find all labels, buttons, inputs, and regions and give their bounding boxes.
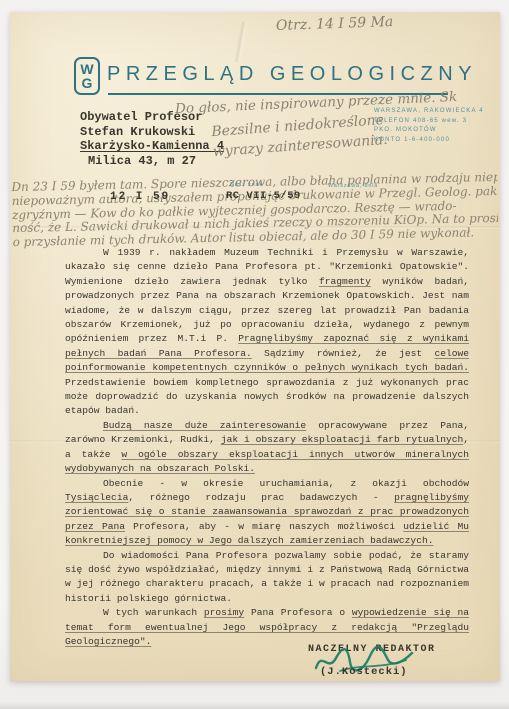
signatory-name: (J.Kostecki)	[320, 666, 408, 678]
letter-scan: Otrz. 14 I 59 Ma W G PRZEGLĄD GEOLOGICZN…	[10, 12, 500, 681]
body-paragraph: Budzą nasze duże zainteresowanie opracow…	[65, 419, 469, 477]
body-text-segment: Profesora, aby - w miarę naszych możliwo…	[125, 521, 403, 532]
body-text-segment: Do wiadomości Pana Profesora pozwalamy s…	[65, 550, 469, 604]
side-note-line: wyrazy zainteresowania.	[212, 130, 388, 162]
body-paragraph: Obecnie - w okresie uruchamiania, z okaz…	[65, 477, 469, 549]
letter-body: W 1939 r. nakładem Muzeum Techniki i Prz…	[65, 246, 469, 649]
body-text-segment: Sądzimy również, że jest	[252, 348, 435, 359]
body-text-segment: jak i obszary eksploatacji farb rytualny…	[221, 434, 463, 445]
body-text-segment: Budzą nasze duże zainteresowanie	[103, 420, 306, 431]
recipient-line: Milica 43, m 27	[80, 154, 224, 169]
margin-note-line: ność, że L. Sawicki drukował u nich jaki…	[12, 212, 498, 236]
body-text-segment: prosimy	[204, 607, 244, 618]
body-paragraph: Do wiadomości Pana Profesora pozwalamy s…	[65, 549, 469, 607]
margin-note-line: zgryźnym — Kow do ko pałkie wyjteczniej …	[12, 199, 498, 223]
body-text-segment: Przedstawienie bowiem kompletnego sprawo…	[65, 377, 469, 417]
logo-letter-g: G	[82, 76, 93, 90]
handwritten-side-note: Bezsilne i niedokreślonewyrazy zainteres…	[211, 110, 388, 162]
body-text-segment: Pana Profesora o	[244, 607, 352, 618]
recipient-address-block: Obywatel ProfesorStefan KrukowskiSkarżys…	[80, 110, 224, 168]
body-text-segment: W tych warunkach	[103, 607, 204, 618]
paper-crease	[180, 22, 300, 62]
recipient-line: Obywatel Profesor	[80, 110, 224, 125]
masthead-rule	[108, 93, 448, 95]
paper-crease	[10, 226, 500, 229]
address-line: WARSZAWA, RAKOWIECKA 4	[374, 107, 504, 117]
address-line: KONTO 1-6-400-000	[374, 136, 504, 146]
recipient-line: Stefan Krukowski	[80, 125, 224, 140]
body-text-segment: Tysiąclecia	[65, 492, 128, 503]
publisher-address-block: WARSZAWA, RAKOWIECKA 4TELEFON 408-65 wew…	[374, 107, 504, 145]
nasz-znak-label: Nasz znak	[230, 182, 263, 188]
body-text-segment: Obecnie - w okresie uruchamiania, z okaz…	[103, 478, 469, 489]
reference-number: RC VII-5/59	[226, 190, 301, 202]
body-text-segment: , różnego rodzaju prac badawczych -	[128, 492, 394, 503]
place-date-label: Warszawa, dnia	[328, 183, 378, 189]
letter-date: 12 I 59	[110, 191, 170, 203]
recipient-line: Skarżysko-Kamienna 4	[80, 139, 224, 154]
masthead-title: PRZEGLĄD GEOLOGICZNY	[107, 63, 452, 86]
body-text-segment: w ogóle obszary eksploatacji innych utwo…	[65, 449, 469, 474]
wg-logo-icon: W G	[74, 57, 100, 95]
body-text-segment: fragmenty	[319, 276, 371, 287]
received-date-annotation: Otrz. 14 I 59 Ma	[276, 14, 394, 34]
body-paragraph: W 1939 r. nakładem Muzeum Techniki i Prz…	[65, 246, 469, 419]
address-line: PKO. MOKOTÓW	[374, 126, 504, 136]
side-note-line: Bezsilne i niedokreślone	[211, 110, 387, 142]
address-line: TELEFON 408-65 wew. 3	[374, 117, 504, 127]
logo-letter-w: W	[80, 62, 93, 76]
body-paragraph: W tych warunkach prosimy Pana Profesora …	[65, 606, 469, 649]
